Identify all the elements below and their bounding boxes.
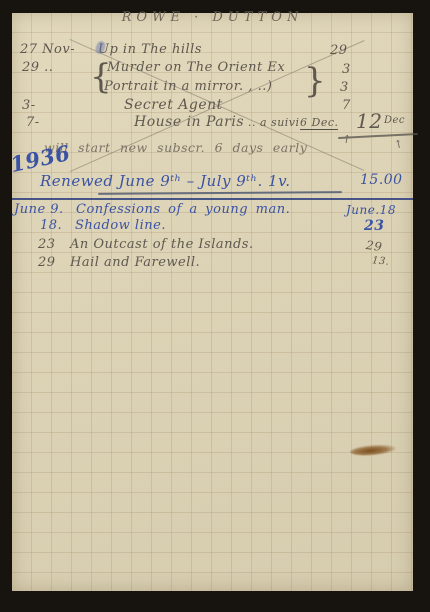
arrow-up-mark: ↑ <box>341 132 352 146</box>
loan-date: 18. <box>40 218 62 233</box>
library-lending-card: ROWE · DUTTON 27 Nov- Up in The hills 29… <box>12 13 413 591</box>
arrow-up-mark: ↑ <box>393 137 405 152</box>
book-title: An Outcast of the Islands. <box>70 237 254 252</box>
book-title: Shadow line. <box>75 218 166 233</box>
section-rule <box>12 198 413 200</box>
book-title: Up in The hills <box>98 42 202 57</box>
return-date: 29 <box>330 43 348 58</box>
member-name-heading: ROWE · DUTTON <box>122 10 304 25</box>
brace-close: } <box>304 61 326 101</box>
renewal-underline <box>98 191 342 195</box>
return-date-month: Dec <box>384 115 405 126</box>
loan-date: June 9. <box>14 202 64 217</box>
paper-stain <box>350 443 397 457</box>
loan-date: 29 <box>38 255 56 270</box>
return-date: 23 <box>364 218 384 234</box>
renewal-text: Renewed June 9ᵗʰ – July 9ᵗʰ. 1v. <box>40 172 291 190</box>
book-title: Portrait in a mirror. , ..) <box>104 79 272 94</box>
loan-date: 27 Nov- <box>20 42 75 57</box>
return-date: 3 <box>342 62 351 77</box>
return-date: 7 <box>342 98 351 113</box>
book-title: Hail and Farewell. <box>70 255 200 270</box>
loan-date: 29 .. <box>22 60 53 75</box>
loan-note: .. a suivi <box>248 116 300 129</box>
loan-note-date: 6 Dec. <box>300 116 338 130</box>
book-title: Secret Agent <box>124 97 223 113</box>
renewal-amount: 15.00 <box>360 172 403 188</box>
book-title: Murder on The Orient Ex <box>107 60 285 75</box>
return-date: 3 <box>340 80 349 95</box>
book-title: Confessions of a young man. <box>76 202 290 217</box>
margin-note: will start new subscr. 6 days early <box>44 140 307 155</box>
loan-date: 7- <box>26 115 40 130</box>
return-date-day: 12 <box>356 109 382 133</box>
return-date: June.18 <box>346 203 396 217</box>
loan-date: 23 <box>38 237 56 252</box>
loan-date: 3- <box>22 98 36 113</box>
return-date: 13. <box>371 255 389 268</box>
book-title: House in Paris <box>134 114 244 130</box>
return-date: 29 <box>365 238 383 254</box>
card-photo: ROWE · DUTTON 27 Nov- Up in The hills 29… <box>0 0 430 612</box>
